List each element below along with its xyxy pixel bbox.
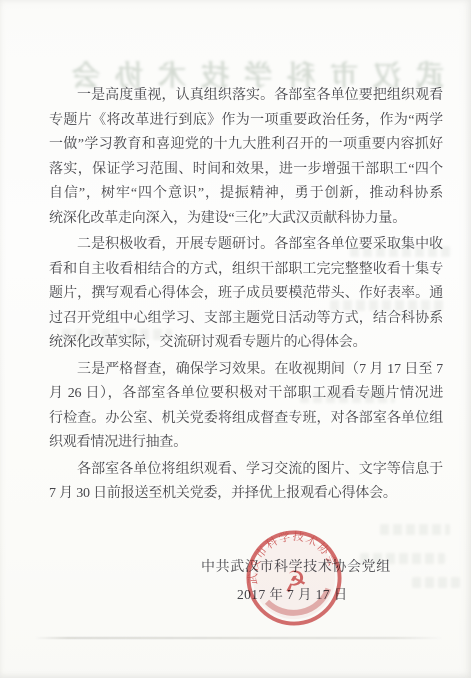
text-line: 月 26 日），各部室各单位要积极对干部职工观看专题片情况进 bbox=[49, 382, 443, 407]
official-seal: 武汉市科学技术协会 ☭ bbox=[236, 520, 352, 636]
bleed-through-fragment bbox=[380, 524, 450, 535]
text-line: 落实，保证学习范围、时间和效果，进一步增强干部职工“四个 bbox=[49, 158, 443, 183]
text-line: 自信”，树牢“四个意识”，提振精神，勇于创新，推动科协系 bbox=[49, 182, 443, 207]
bleed-through-fragment bbox=[412, 577, 460, 588]
text-line: 织观看情况进行抽查。 bbox=[49, 431, 443, 456]
signature-line: 中共武汉市科学技术协会党组 bbox=[201, 556, 391, 576]
paper-crease bbox=[35, 637, 443, 639]
text-line: 统深化改革走向深入，为建设“三化”大武汉贡献科协力量。 bbox=[49, 207, 443, 232]
text-line: 统深化改革实际，交流研讨观看专题片的心得体会。 bbox=[49, 331, 443, 356]
text-line: 专题片《将改革进行到底》作为一项重要政治任务，作为“两学 bbox=[49, 109, 443, 134]
paragraph-2: 二是积极收看，开展专题研讨。各部室各单位要采取集中收 看和自主收看相结合的方式，… bbox=[49, 233, 443, 356]
text-line: 看和自主收看相结合的方式，组织干部职工完完整整收看十集专 bbox=[49, 258, 443, 283]
paragraph-4: 各部室各单位将组织观看、学习交流的图片、文字等信息于 7 月 30 日前报送至机… bbox=[49, 458, 443, 507]
text-line: 7 月 30 日前报送至机关党委，并择优上报观看心得体会。 bbox=[49, 482, 443, 507]
text-line: 过召开党组中心组学习、支部主题党日活动等方式，结合科协系 bbox=[49, 307, 443, 332]
text-line: 一做”学习教育和喜迎党的十九大胜利召开的一项重要内容抓好 bbox=[49, 133, 443, 158]
seal-ring-text: 武汉市科学技术协会 bbox=[236, 521, 341, 587]
seal-inner-smudge bbox=[245, 529, 343, 627]
seal-ring bbox=[240, 524, 348, 632]
date-line: 2017 年 7 月 17 日 bbox=[237, 583, 348, 603]
text-line: 二是积极收看，开展专题研讨。各部室各单位要采取集中收 bbox=[49, 233, 443, 258]
document-page: 武汉市科学技术协会 一是高度重视，认真组织落实。各部室各单位要把组织观看 专题片… bbox=[0, 0, 471, 678]
text-line: 行检查。办公室、机关党委将组成督查专班，对各部室各单位组 bbox=[49, 407, 443, 432]
document-body: 一是高度重视，认真组织落实。各部室各单位要把组织观看 专题片《将改革进行到底》作… bbox=[49, 84, 443, 509]
paragraph-3: 三是严格督查，确保学习效果。在收视期间（7 月 17 日至 7 月 26 日），… bbox=[49, 358, 443, 456]
text-line: 题片，撰写观看心得体会，班子成员要模范带头、作好表率。通 bbox=[49, 282, 443, 307]
seal-graphic: 武汉市科学技术协会 ☭ bbox=[236, 520, 352, 636]
text-line: 各部室各单位将组织观看、学习交流的图片、文字等信息于 bbox=[49, 458, 443, 483]
paragraph-1: 一是高度重视，认真组织落实。各部室各单位要把组织观看 专题片《将改革进行到底》作… bbox=[49, 84, 443, 231]
text-line: 一是高度重视，认真组织落实。各部室各单位要把组织观看 bbox=[49, 84, 443, 109]
text-line: 三是严格督查，确保学习效果。在收视期间（7 月 17 日至 7 bbox=[49, 358, 443, 383]
